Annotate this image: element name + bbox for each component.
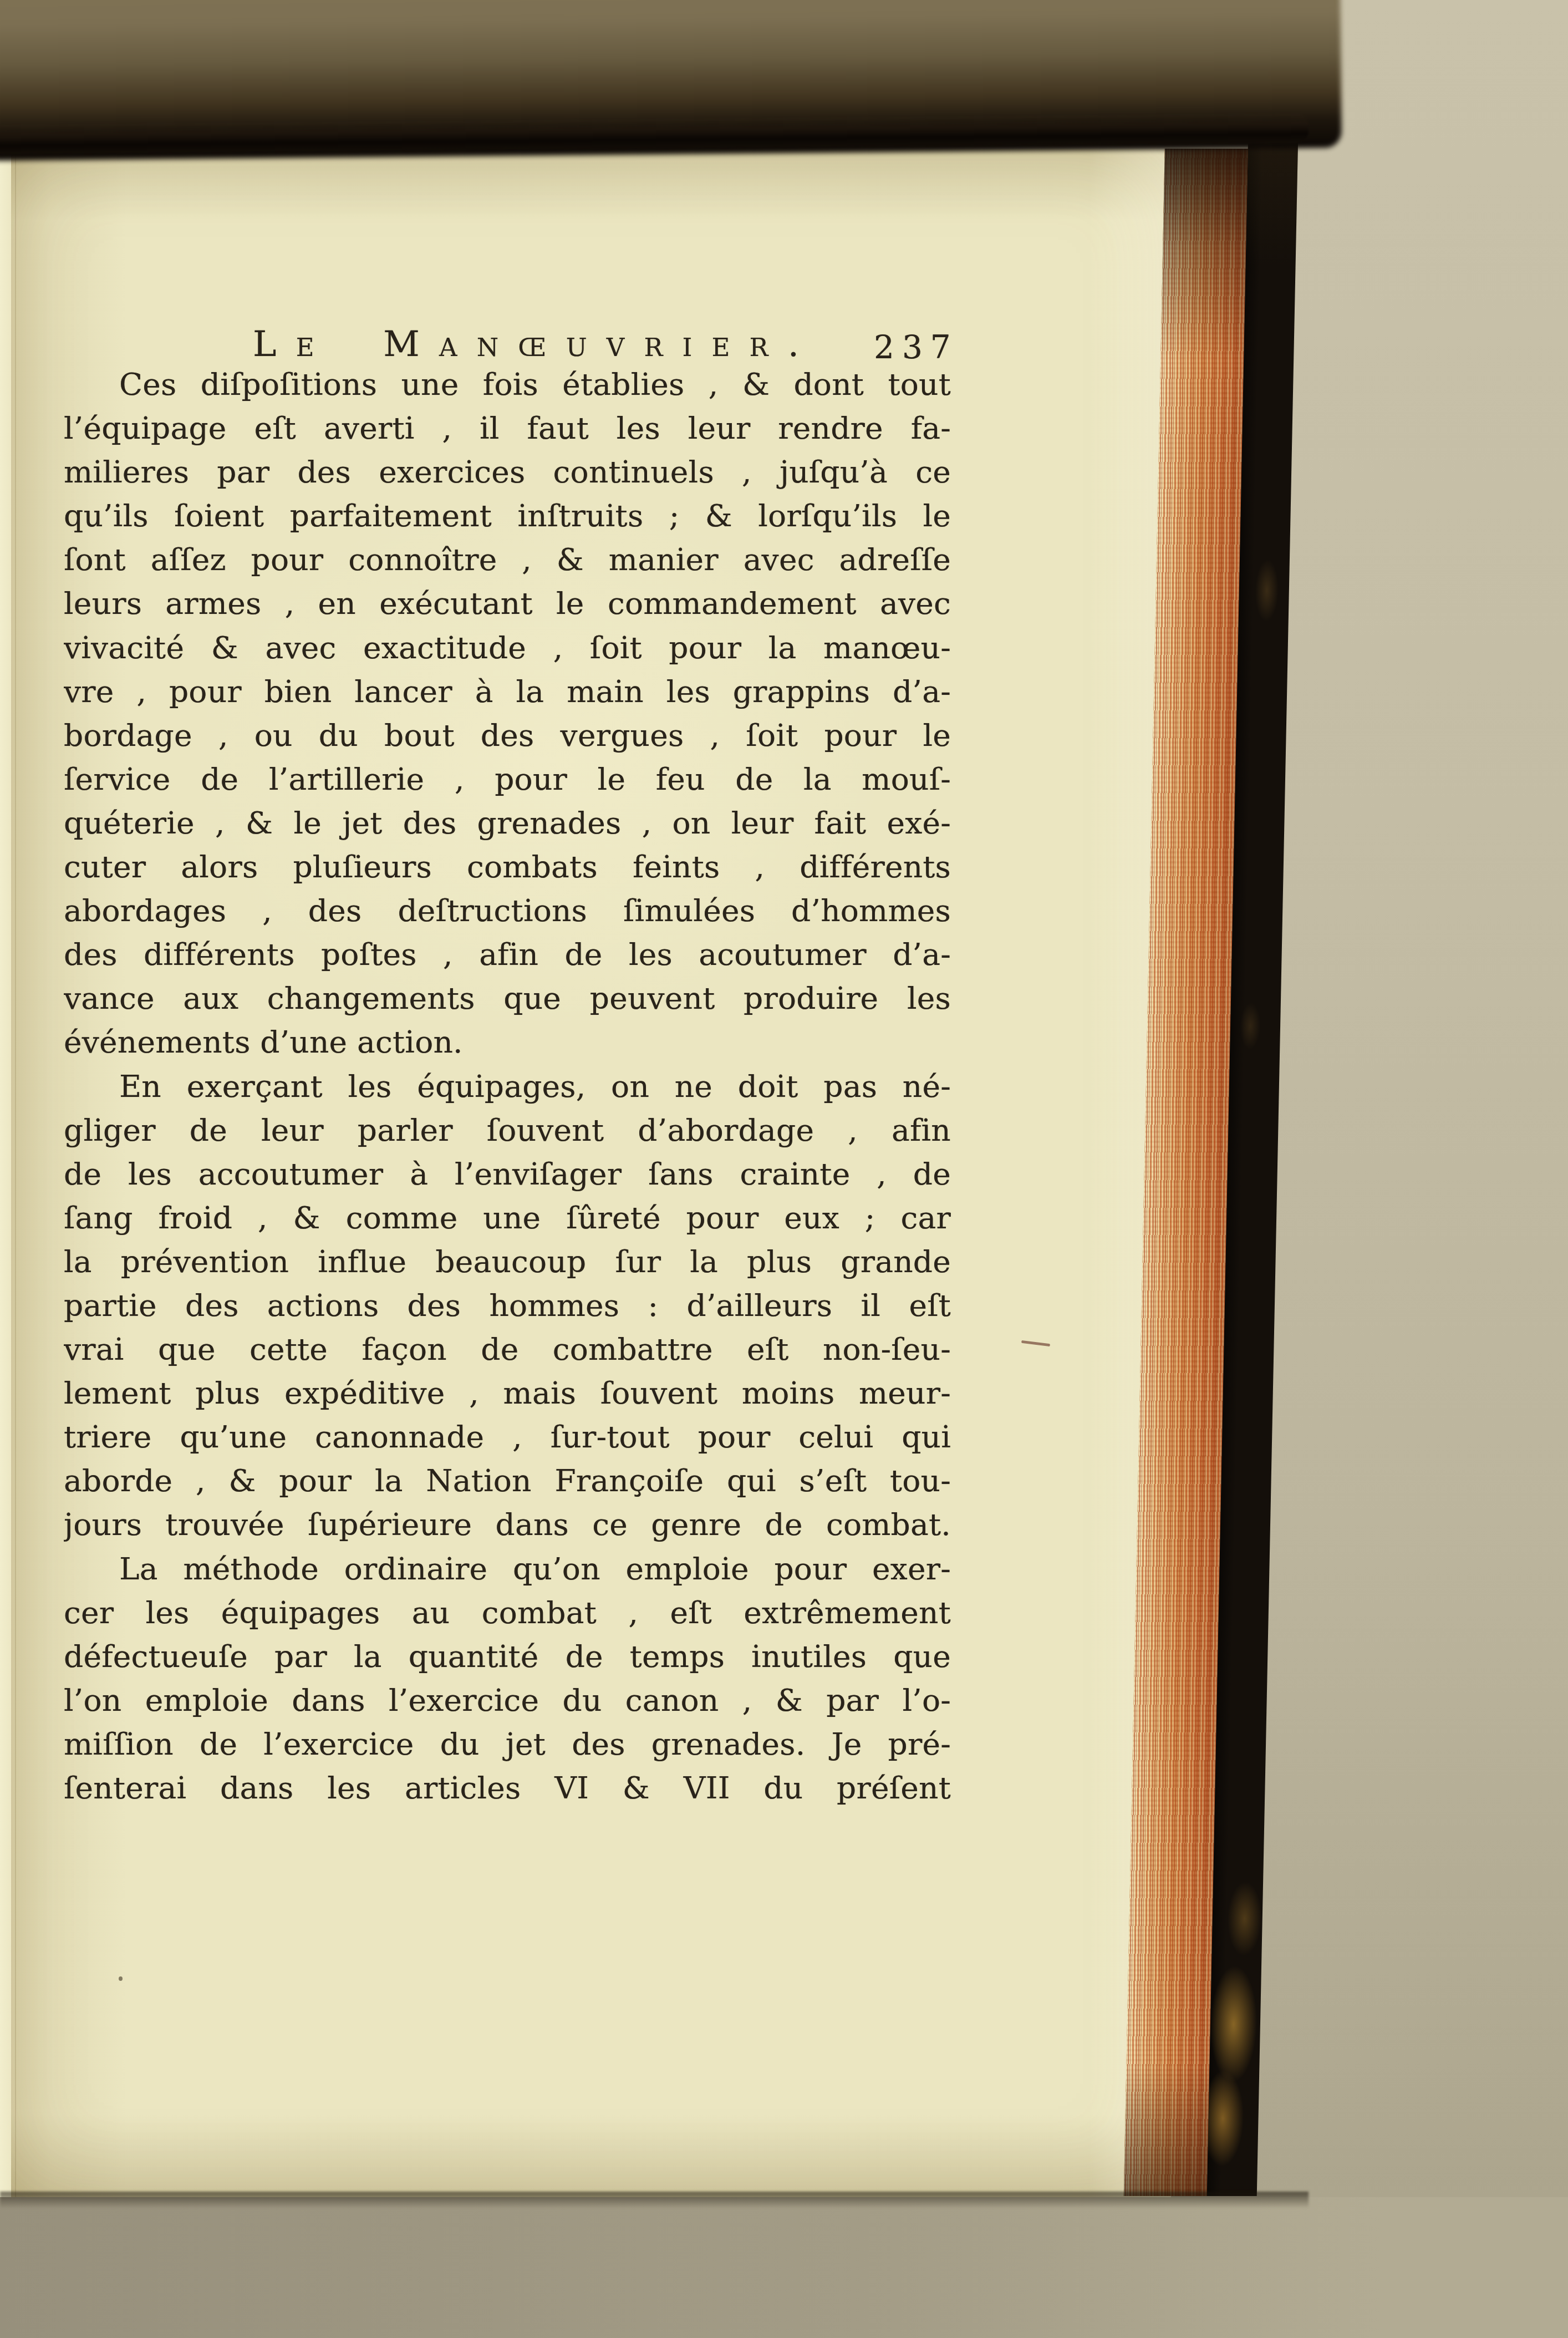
under-page-shadow — [0, 2192, 1309, 2208]
paragraph: La méthode ordinaire qu’on emploie pour … — [64, 1547, 951, 1811]
text-line: La méthode ordinaire qu’on emploie pour … — [64, 1547, 951, 1591]
paragraph: Ces diſpoſitions une fois établies , & d… — [64, 363, 951, 1065]
text-line: cuter alors pluſieurs combats feints , d… — [64, 845, 951, 889]
text-line: gliger de leur parler ſouvent d’abordage… — [64, 1109, 951, 1152]
text-line: milieres par des exercices continuels , … — [64, 450, 951, 494]
body-text: Ces diſpoſitions une fois établies , & d… — [64, 363, 951, 1810]
text-line: des différents poſtes , afin de les acou… — [64, 933, 951, 977]
photo-background: Le Manœuvrier. 237 Ces diſpoſitions une … — [0, 0, 1568, 2338]
text-line: ſang froid , & comme une ſûreté pour eux… — [64, 1196, 951, 1240]
running-title: Le Manœuvrier. — [253, 324, 818, 365]
text-line: cer les équipages au combat , eſt extrêm… — [64, 1591, 951, 1635]
text-line: Ces diſpoſitions une fois établies , & d… — [64, 363, 951, 406]
text-line: leurs armes , en exécutant le commandeme… — [64, 582, 951, 626]
text-line: la prévention influe beaucoup ſur la plu… — [64, 1240, 951, 1284]
text-line: ſont aſſez pour connoître , & manier ave… — [64, 538, 951, 582]
text-line: vivacité & avec exactitude , ſoit pour l… — [64, 626, 951, 670]
table-surface — [0, 2197, 1568, 2338]
text-line: ſervice de l’artillerie , pour le feu de… — [64, 758, 951, 801]
text-line: vance aux changements que peuvent produi… — [64, 977, 951, 1020]
text-line: ſenterai dans les articles VI & VII du p… — [64, 1766, 951, 1810]
text-line: aborde , & pour la Nation Françoiſe qui … — [64, 1459, 951, 1503]
page-number: 237 — [874, 328, 959, 366]
text-line: vre , pour bien lancer à la main les gra… — [64, 670, 951, 714]
margin-pen-mark — [1021, 1340, 1050, 1346]
page-gutter-edge — [0, 149, 11, 2197]
page-crease — [15, 149, 16, 2197]
text-line: l’équipage eſt averti , il faut les leur… — [64, 406, 951, 450]
text-line: l’on emploie dans l’exercice du canon , … — [64, 1679, 951, 1722]
text-line: En exerçant les équipages, on ne doit pa… — [64, 1065, 951, 1109]
text-line: vrai que cette façon de combattre eſt no… — [64, 1328, 951, 1371]
text-line: de les accoutumer à l’enviſager ſans cra… — [64, 1152, 951, 1196]
text-line: partie des actions des hommes : d’ailleu… — [64, 1284, 951, 1328]
book-page: Le Manœuvrier. 237 Ces diſpoſitions une … — [0, 149, 1171, 2197]
text-line: événements d’une action. — [64, 1020, 951, 1064]
text-line: abordages , des deſtructions ſimulées d’… — [64, 889, 951, 933]
ink-speck — [119, 1976, 123, 1981]
text-line: défectueuſe par la quantité de temps inu… — [64, 1635, 951, 1679]
text-line: jours trouvée ſupérieure dans ce genre d… — [64, 1503, 951, 1547]
text-line: lement plus expéditive , mais ſouvent mo… — [64, 1371, 951, 1415]
paragraph: En exerçant les équipages, on ne doit pa… — [64, 1065, 951, 1547]
text-line: quéterie , & le jet des grenades , on le… — [64, 801, 951, 845]
text-line: qu’ils ſoient parfaitement inſtruits ; &… — [64, 494, 951, 538]
text-line: bordage , ou du bout des vergues , ſoit … — [64, 714, 951, 758]
text-line: triere qu’une canonnade , ſur-tout pour … — [64, 1415, 951, 1459]
text-line: miſſion de l’exercice du jet des grenade… — [64, 1722, 951, 1766]
